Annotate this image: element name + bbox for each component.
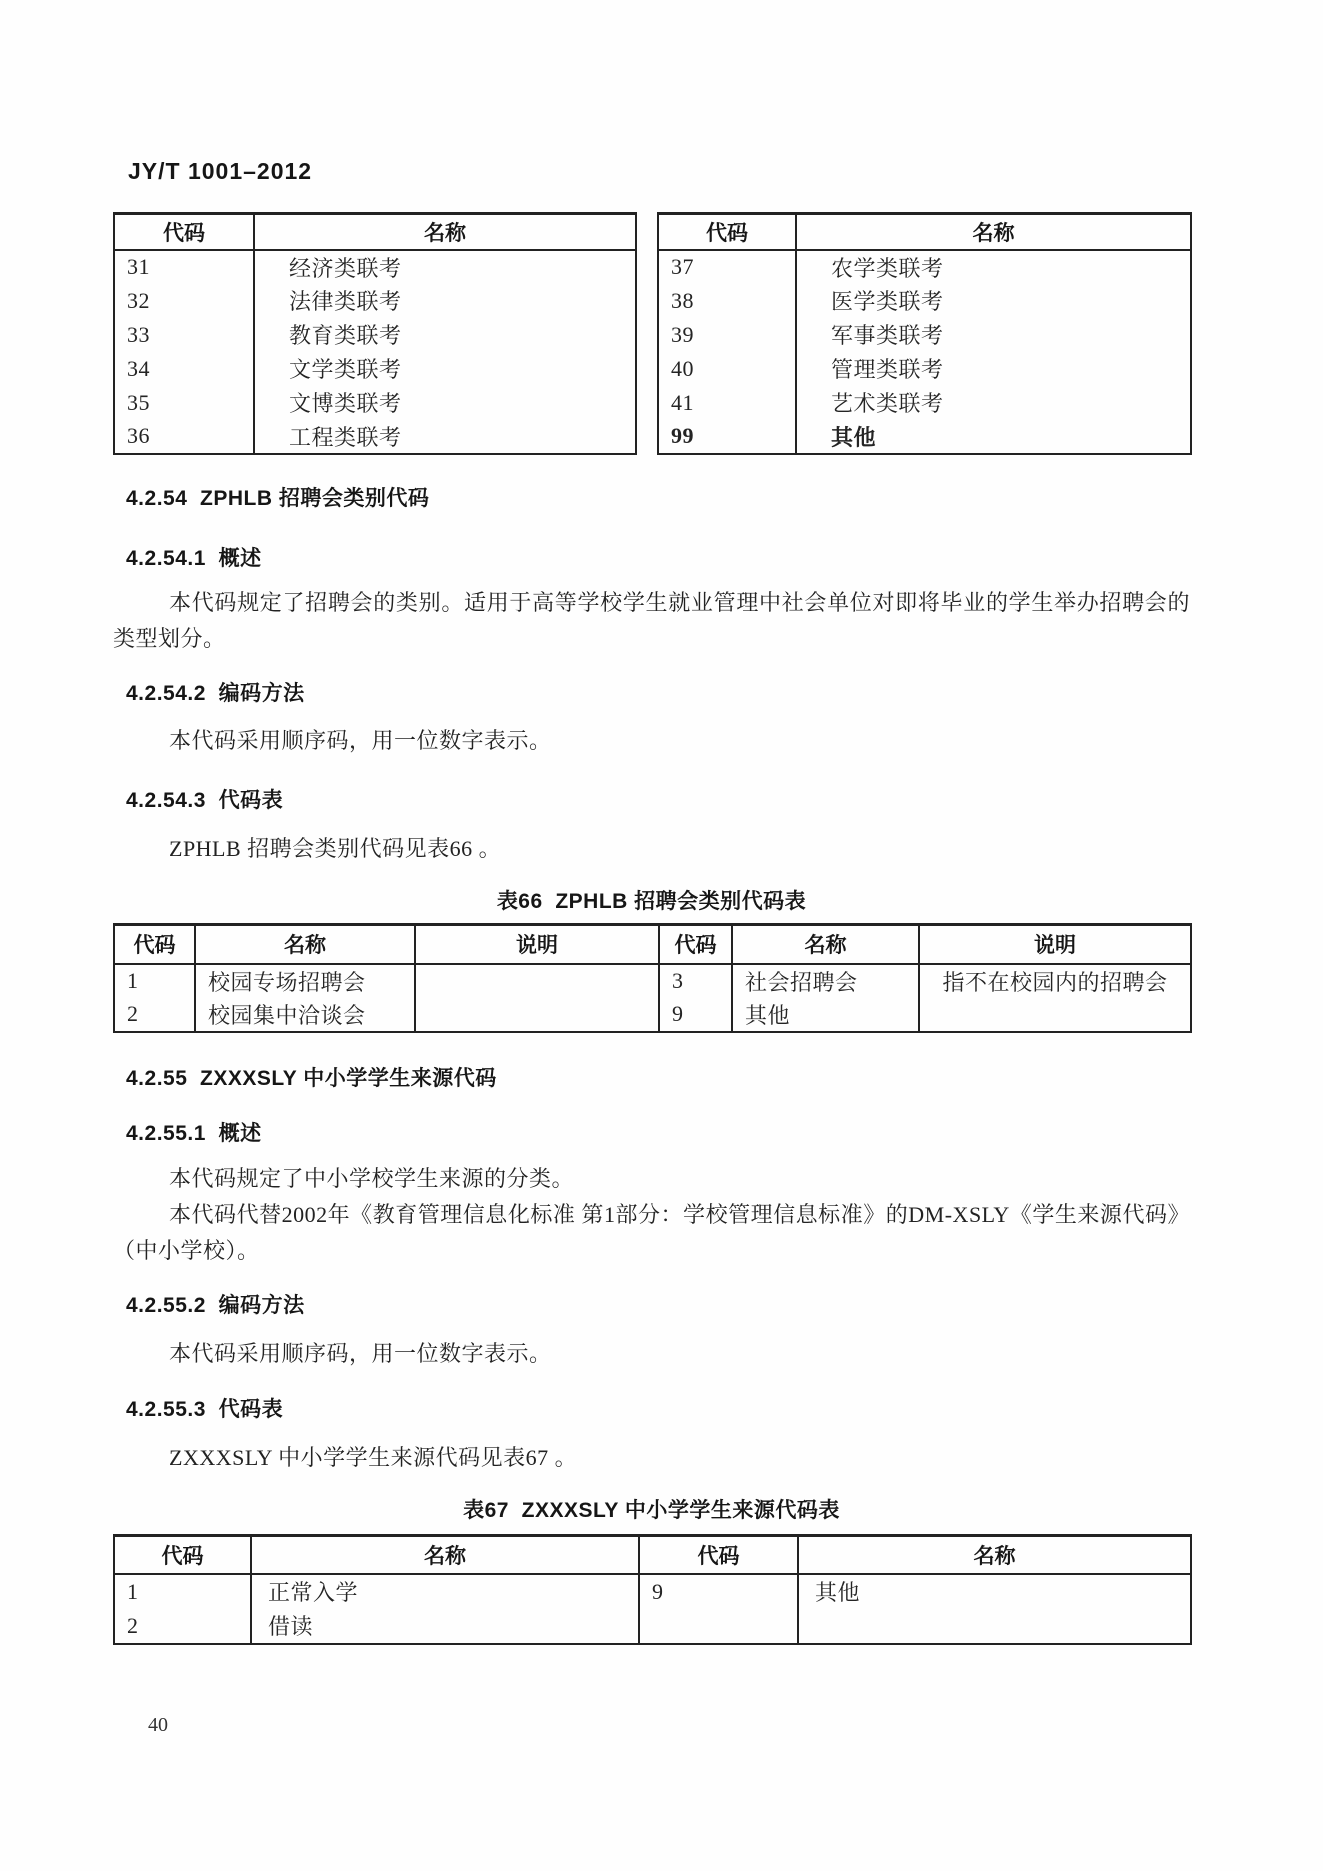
section-heading-4-2-55: 4.2.55 ZXXXSLY 中小学学生来源代码 <box>126 1062 497 1092</box>
table-row: 34 文学类联考 <box>114 352 636 386</box>
code-cell: 99 <box>658 420 796 454</box>
code-cell: 2 <box>114 998 195 1032</box>
table-row: 32 法律类联考 <box>114 284 636 318</box>
column-header-code: 代码 <box>114 214 254 250</box>
code-cell: 33 <box>114 318 254 352</box>
table-header-row: 代码 名称 <box>658 214 1191 250</box>
name-cell: 军事类联考 <box>796 318 1191 352</box>
code-cell: 34 <box>114 352 254 386</box>
column-header-name: 名称 <box>796 214 1191 250</box>
standard-number-header: JY/T 1001–2012 <box>128 158 312 185</box>
subsection-heading-method: 4.2.54.2 编码方法 <box>126 677 305 707</box>
table-row: 33 教育类联考 <box>114 318 636 352</box>
column-header-code: 代码 <box>659 925 732 964</box>
column-header-code: 代码 <box>114 1536 251 1574</box>
desc-cell: 指不在校园内的招聘会 <box>919 964 1191 998</box>
code-cell: 37 <box>658 250 796 284</box>
column-header-desc: 说明 <box>919 925 1191 964</box>
column-header-code: 代码 <box>658 214 796 250</box>
table-row-other: 99 其他 <box>658 420 1191 454</box>
code-cell: 31 <box>114 250 254 284</box>
table-row: 41 艺术类联考 <box>658 386 1191 420</box>
table-row: 36 工程类联考 <box>114 420 636 454</box>
table66-caption: 表66 ZPHLB 招聘会类别代码表 <box>113 885 1190 915</box>
name-cell: 校园集中洽谈会 <box>195 998 415 1032</box>
name-cell: 工程类联考 <box>254 420 636 454</box>
table-header-row: 代码 名称 代码 名称 <box>114 1536 1191 1574</box>
paragraph-overview-1: 本代码规定了中小学校学生来源的分类。 <box>113 1161 1190 1197</box>
paragraph-method: 本代码采用顺序码，用一位数字表示。 <box>113 1336 1190 1372</box>
column-header-name: 名称 <box>195 925 415 964</box>
table-header-row: 代码 名称 说明 代码 名称 说明 <box>114 925 1191 964</box>
code-cell: 41 <box>658 386 796 420</box>
table-row: 31 经济类联考 <box>114 250 636 284</box>
code-table-66: 代码 名称 说明 代码 名称 说明 1 校园专场招聘会 3 社会招聘会 指不在校… <box>113 923 1192 1033</box>
column-header-name: 名称 <box>732 925 919 964</box>
document-page: JY/T 1001–2012 代码 名称 31 经济类联考 32 法律类联考 3… <box>0 0 1323 1871</box>
desc-cell <box>415 998 659 1032</box>
table-header-row: 代码 名称 <box>114 214 636 250</box>
paragraph-overview-2: 本代码代替2002年《教育管理信息化标准 第1部分：学校管理信息标准》的DM-X… <box>113 1197 1190 1269</box>
table-row: 1 校园专场招聘会 3 社会招聘会 指不在校园内的招聘会 <box>114 964 1191 998</box>
subsection-heading-codetable: 4.2.55.3 代码表 <box>126 1393 283 1423</box>
column-header-code: 代码 <box>114 925 195 964</box>
name-cell: 医学类联考 <box>796 284 1191 318</box>
name-cell: 文学类联考 <box>254 352 636 386</box>
table-row: 38 医学类联考 <box>658 284 1191 318</box>
name-cell: 艺术类联考 <box>796 386 1191 420</box>
name-cell: 农学类联考 <box>796 250 1191 284</box>
paragraph-table-reference: ZXXXSLY 中小学学生来源代码见表67 。 <box>113 1440 1190 1476</box>
name-cell: 教育类联考 <box>254 318 636 352</box>
paragraph-overview: 本代码规定了招聘会的类别。适用于高等学校学生就业管理中社会单位对即将毕业的学生举… <box>113 585 1190 657</box>
name-cell: 经济类联考 <box>254 250 636 284</box>
subsection-heading-codetable: 4.2.54.3 代码表 <box>126 784 283 814</box>
code-table-top-right: 代码 名称 37 农学类联考 38 医学类联考 39 军事类联考 40 管理类联… <box>657 212 1192 455</box>
name-cell: 其他 <box>798 1574 1191 1609</box>
subsection-heading-overview: 4.2.54.1 概述 <box>126 542 262 572</box>
table-row: 2 校园集中洽谈会 9 其他 <box>114 998 1191 1032</box>
name-cell: 管理类联考 <box>796 352 1191 386</box>
code-cell: 9 <box>659 998 732 1032</box>
table-row: 2 借读 <box>114 1609 1191 1644</box>
desc-cell <box>919 998 1191 1032</box>
code-cell: 3 <box>659 964 732 998</box>
code-cell: 2 <box>114 1609 251 1644</box>
paragraph-method: 本代码采用顺序码，用一位数字表示。 <box>113 723 1190 759</box>
column-header-name: 名称 <box>254 214 636 250</box>
table-row: 39 军事类联考 <box>658 318 1191 352</box>
name-cell: 其他 <box>796 420 1191 454</box>
code-cell: 9 <box>639 1574 798 1609</box>
code-cell: 1 <box>114 1574 251 1609</box>
table-row: 35 文博类联考 <box>114 386 636 420</box>
code-cell: 38 <box>658 284 796 318</box>
name-cell: 法律类联考 <box>254 284 636 318</box>
code-cell: 1 <box>114 964 195 998</box>
name-cell: 其他 <box>732 998 919 1032</box>
desc-cell <box>415 964 659 998</box>
code-cell: 39 <box>658 318 796 352</box>
name-cell: 文博类联考 <box>254 386 636 420</box>
code-cell: 35 <box>114 386 254 420</box>
section-heading-4-2-54: 4.2.54 ZPHLB 招聘会类别代码 <box>126 482 429 512</box>
column-header-name: 名称 <box>251 1536 639 1574</box>
subsection-heading-overview: 4.2.55.1 概述 <box>126 1117 262 1147</box>
column-header-name: 名称 <box>798 1536 1191 1574</box>
code-table-67: 代码 名称 代码 名称 1 正常入学 9 其他 2 借读 <box>113 1534 1192 1645</box>
name-cell <box>798 1609 1191 1644</box>
name-cell: 社会招聘会 <box>732 964 919 998</box>
code-cell: 40 <box>658 352 796 386</box>
table-row: 40 管理类联考 <box>658 352 1191 386</box>
subsection-heading-method: 4.2.55.2 编码方法 <box>126 1289 305 1319</box>
page-number: 40 <box>148 1714 168 1737</box>
code-table-top-left: 代码 名称 31 经济类联考 32 法律类联考 33 教育类联考 34 文学类联… <box>113 212 637 455</box>
table-row: 37 农学类联考 <box>658 250 1191 284</box>
name-cell: 校园专场招聘会 <box>195 964 415 998</box>
code-cell: 36 <box>114 420 254 454</box>
code-cell: 32 <box>114 284 254 318</box>
table67-caption: 表67 ZXXXSLY 中小学学生来源代码表 <box>113 1494 1190 1524</box>
name-cell: 正常入学 <box>251 1574 639 1609</box>
column-header-desc: 说明 <box>415 925 659 964</box>
column-header-code: 代码 <box>639 1536 798 1574</box>
table-row: 1 正常入学 9 其他 <box>114 1574 1191 1609</box>
paragraph-table-reference: ZPHLB 招聘会类别代码见表66 。 <box>113 831 1190 867</box>
name-cell: 借读 <box>251 1609 639 1644</box>
code-cell <box>639 1609 798 1644</box>
